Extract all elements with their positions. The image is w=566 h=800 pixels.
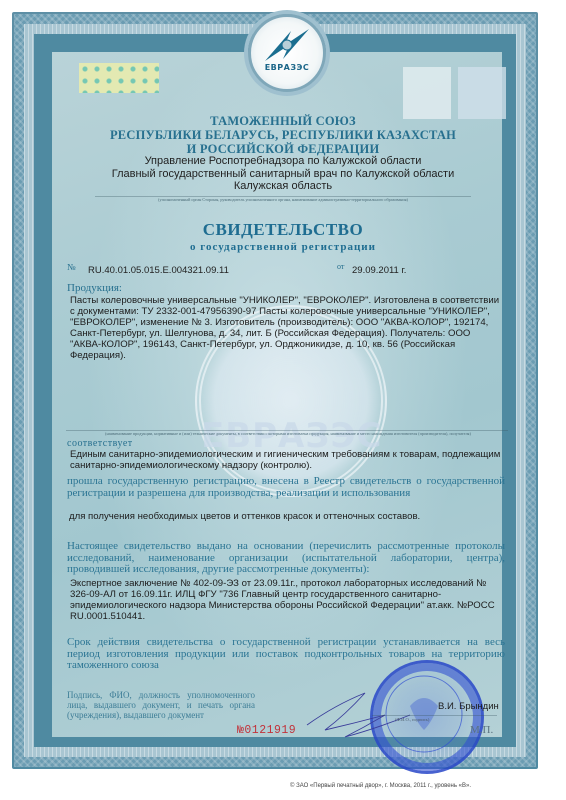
- product-line: Федерация).: [70, 350, 520, 361]
- product-line: "АКВА-КОЛОР", 196143, Санкт-Петербург, у…: [70, 339, 520, 350]
- basis-line: 326-09-АЛ от 16.09.11г. ИЛЦ ФГУ "736 Гла…: [70, 589, 520, 600]
- basis-line: эпидемиологического надзора Министерства…: [70, 600, 520, 611]
- conformity-requirements: Единым санитарно-эпидемиологическим и ги…: [70, 449, 520, 471]
- date-label: от: [337, 262, 344, 271]
- serial-number: №0121919: [237, 724, 296, 737]
- basis-line: Экспертное заключение № 402-09-ЭЗ от 23.…: [70, 578, 520, 589]
- product-line: Пасты колеровочные универсальные "УНИКОЛ…: [70, 295, 520, 306]
- certificate-number: RU.40.01.05.015.Е.004321.09.11: [88, 265, 229, 276]
- basis-statement: Настоящее свидетельство выдано на основа…: [67, 541, 505, 576]
- union-line: И РОССИЙСКОЙ ФЕДЕРАЦИИ: [60, 142, 506, 156]
- product-line: с документами: ТУ 2332-001-47956390-97 П…: [70, 306, 520, 317]
- product-line: Санкт-Петербург, ул. Шелгунова, д. 34, л…: [70, 328, 520, 339]
- conformity-label: соответствует: [67, 438, 133, 449]
- hologram-strip: [79, 63, 159, 93]
- authority-line: Главный государственный санитарный врач …: [60, 168, 506, 181]
- certificate-date: 29.09.2011 г.: [352, 265, 406, 276]
- product-description: Пасты колеровочные универсальные "УНИКОЛ…: [70, 295, 520, 361]
- usage-scope: для получения необходимых цветов и оттен…: [69, 511, 509, 522]
- union-title: ТАМОЖЕННЫЙ СОЮЗ РЕСПУБЛИКИ БЕЛАРУСЬ, РЕС…: [60, 114, 506, 156]
- eurasec-emblem-icon: [261, 25, 313, 65]
- signature-label: Подпись, ФИО, должность уполномоченного …: [67, 690, 255, 720]
- union-line: РЕСПУБЛИКИ БЕЛАРУСЬ, РЕСПУБЛИКИ КАЗАХСТА…: [60, 128, 506, 142]
- signer-caption: (Ф.И.О., подпись): [395, 717, 429, 722]
- conformity-line: Единым санитарно-эпидемиологическим и ги…: [70, 449, 520, 460]
- authority-line: Управление Роспотребнадзора по Калужской…: [60, 155, 506, 168]
- security-patch: [403, 67, 451, 119]
- product-line: "ЕВРОКОЛЕР", изменение № 3. Изготовитель…: [70, 317, 520, 328]
- eurasec-emblem: ЕВРАЗЭС: [248, 14, 326, 92]
- registration-statement: прошла государственную регистрацию, внес…: [67, 476, 505, 499]
- security-patch: [458, 67, 506, 119]
- product-caption: (наименование продукции, нормативные и (…: [62, 431, 514, 436]
- signer-name: В.И. Брындин: [438, 701, 499, 712]
- basis-documents: Экспертное заключение № 402-09-ЭЗ от 23.…: [70, 578, 520, 622]
- product-label: Продукция:: [67, 282, 122, 294]
- certificate-subtitle: о государственной регистрации: [60, 241, 506, 253]
- certificate-title: СВИДЕТЕЛЬСТВО: [60, 220, 506, 240]
- signature-scribble-icon: [305, 685, 415, 740]
- authority-caption: (уполномоченный орган Стороны, руководит…: [70, 197, 496, 202]
- signer-underline: [372, 715, 497, 716]
- printer-imprint: © ЗАО «Первый печатный двор», г. Москва,…: [290, 783, 471, 789]
- basis-line: RU.0001.510441.: [70, 611, 520, 622]
- authority-line: Калужская область: [60, 180, 506, 193]
- union-line: ТАМОЖЕННЫЙ СОЮЗ: [60, 114, 506, 128]
- conformity-line: санитарно-эпидемиологическому надзору (к…: [70, 460, 520, 471]
- number-label: №: [67, 262, 76, 272]
- issuing-authority: Управление Роспотребнадзора по Калужской…: [60, 155, 506, 193]
- seal-mark: М.П.: [470, 724, 493, 736]
- emblem-label: ЕВРАЗЭС: [251, 63, 323, 72]
